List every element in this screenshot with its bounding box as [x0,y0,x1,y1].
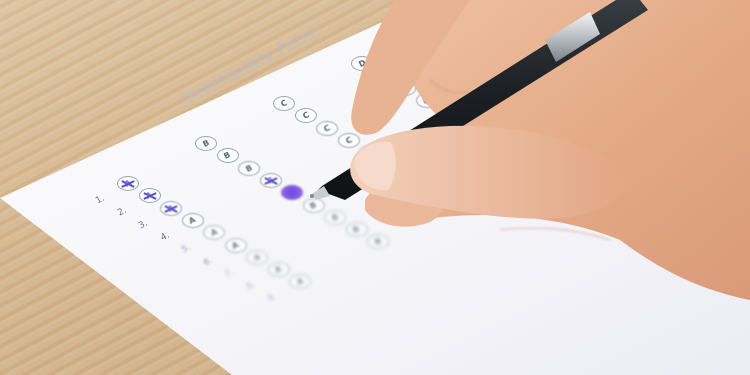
answer-bubble-4-a[interactable]: A [182,213,204,228]
question-number: 9. [266,292,278,305]
wooden-desk: Questionary Form 1.ABCD2.ABCD3.ABCD4.ABC… [0,0,750,375]
answer-bubble-6-c[interactable]: C [381,158,403,173]
answer-bubble-1-b[interactable]: B [195,136,217,151]
answer-bubble-7-c[interactable]: C [402,170,424,185]
question-number: 2. [116,206,128,219]
answer-bubble-2-b[interactable]: B [217,148,239,163]
question-number: 4. [159,230,171,243]
answer-bubble-3-c[interactable]: C [316,121,338,136]
answer-bubble-6-a[interactable]: A [225,238,247,253]
answer-bubble-6-d[interactable]: D [459,118,481,133]
answer-bubble-7-d[interactable]: D [480,130,502,145]
question-number: 6. [202,255,214,268]
answer-bubble-9-a[interactable]: A [289,274,311,289]
question-number: 8. [245,280,257,293]
answer-bubble-1-c[interactable]: C [273,96,295,111]
answer-bubble-3-a[interactable]: A [160,201,182,216]
answer-bubble-9-b[interactable]: B [367,234,389,249]
answer-bubble-5-c[interactable]: C [359,145,381,160]
answer-bubble-3-b[interactable]: B [238,161,260,176]
answer-bubble-6-b[interactable]: B [303,198,325,213]
answer-bubble-7-a[interactable]: A [246,250,268,265]
question-number: 3. [137,218,149,231]
answer-bubble-2-c[interactable]: C [295,108,317,123]
answer-bubble-1-d[interactable]: D [351,56,373,71]
answer-bubble-5-a[interactable]: A [203,225,225,240]
answer-bubble-3-d[interactable]: D [394,81,416,96]
question-number: 7. [223,267,235,280]
answer-bubble-5-b[interactable]: B [281,185,303,200]
answer-bubble-1-a[interactable]: A [117,176,139,191]
question-number: 1. [94,194,106,207]
answer-bubble-8-d[interactable]: D [502,142,524,157]
answer-bubble-2-a[interactable]: A [139,188,161,203]
answer-bubble-8-b[interactable]: B [346,222,368,237]
bubble-grid: 1.ABCD2.ABCD3.ABCD4.ABCD5.ABCD6.ABCD7.AB… [0,0,750,375]
answer-sheet: Questionary Form 1.ABCD2.ABCD3.ABCD4.ABC… [0,0,750,375]
answer-bubble-7-b[interactable]: B [324,210,346,225]
answer-bubble-4-d[interactable]: D [416,93,438,108]
answer-bubble-5-d[interactable]: D [437,105,459,120]
answer-bubble-4-b[interactable]: B [260,173,282,188]
answer-bubble-9-d[interactable]: D [523,154,545,169]
answer-bubble-2-d[interactable]: D [373,68,395,83]
answer-bubble-8-a[interactable]: A [268,262,290,277]
question-number: 5. [180,243,192,256]
answer-bubble-9-c[interactable]: C [445,194,467,209]
answer-bubble-8-c[interactable]: C [424,182,446,197]
answer-bubble-4-c[interactable]: C [338,133,360,148]
